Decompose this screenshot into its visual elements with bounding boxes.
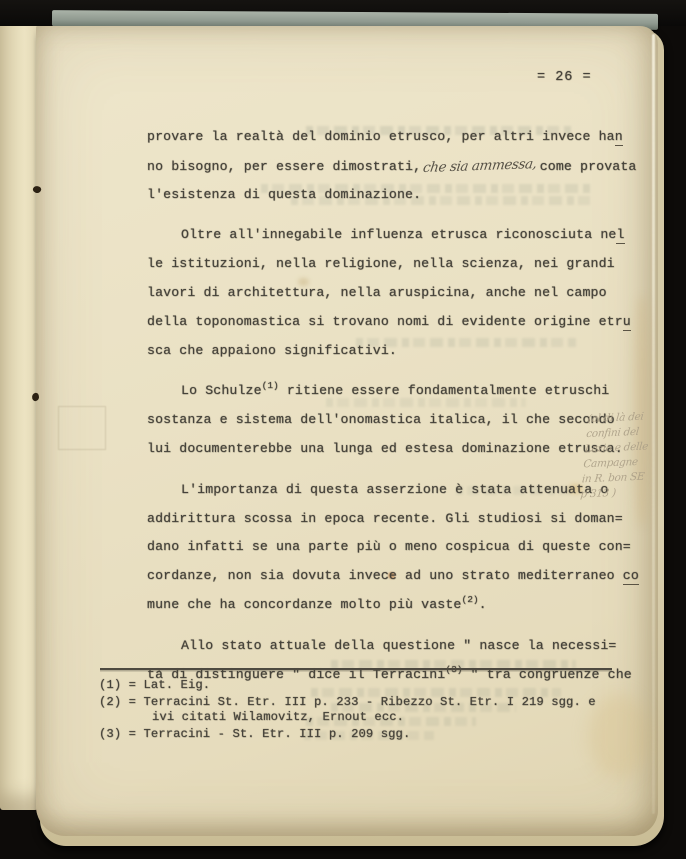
page-body: provare la realtà del dominio etrusco, p… <box>147 111 633 701</box>
text-line: sca che appaiono significativi. <box>147 337 633 366</box>
line-text: no bisogno, per essere dimostrati, <box>147 159 421 174</box>
footnotes: (1) = Lat. Eig. (2) = Terracini St. Etr.… <box>99 678 639 741</box>
handwritten-insertion: che sia ammessa, <box>421 150 539 183</box>
text-line: addirittura scossa in epoca recente. Gli… <box>147 505 633 534</box>
footnote-marker: (1) <box>262 380 279 391</box>
line-text: Oltre all'innegabile influenza etrusca r… <box>181 227 616 242</box>
line-text: mune che ha concordanze molto più vaste <box>147 597 462 612</box>
line-text: Lo Schulze <box>181 383 262 398</box>
text-line: Lo Schulze(1) ritiene essere fondamental… <box>147 377 633 406</box>
line-text: provare la realtà del dominio etrusco, p… <box>147 129 615 144</box>
footnote-separator <box>100 668 612 670</box>
impression-mark <box>58 406 106 450</box>
text-line: le istituzioni, nella religione, nella s… <box>147 250 633 279</box>
typescript-page: = 26 = provare la realtà del dominio etr… <box>36 26 658 836</box>
footnote-line: (1) = Lat. Eig. <box>99 678 639 693</box>
footnote-line: (2) = Terracini St. Etr. III p. 233 - Ri… <box>99 695 639 710</box>
text-line: Allo stato attuale della questione " nas… <box>147 632 633 661</box>
continuation-letter: co <box>623 568 639 585</box>
footnote-line: (3) = Terracini - St. Etr. III p. 209 sg… <box>99 727 639 742</box>
footnote-line: ivi citati Wilamovitz, Ernout ecc. <box>99 710 639 725</box>
text-line: lui documenterebbe una lunga ed estesa d… <box>147 435 633 464</box>
text-line: L'importanza di questa asserzione è stat… <box>147 476 633 505</box>
continuation-letter: u <box>623 314 631 331</box>
page-number: = 26 = <box>537 70 592 85</box>
line-text: come provata <box>540 159 637 174</box>
continuation-letter: n <box>615 129 623 146</box>
scanned-document: = 26 = provare la realtà del dominio etr… <box>0 0 686 859</box>
line-text: . <box>479 597 487 612</box>
text-line: Oltre all'innegabile influenza etrusca r… <box>147 221 633 250</box>
margin-note-line: p 313 ) <box>580 483 685 503</box>
line-text: cordanze, non sia dovuta invece ad uno s… <box>147 568 623 583</box>
text-line: provare la realtà del dominio etrusco, p… <box>147 123 633 152</box>
text-line: no bisogno, per essere dimostrati,che si… <box>147 152 633 181</box>
text-line: lavori di architettura, nella aruspicina… <box>147 279 633 308</box>
text-line: della toponomastica si trovano nomi di e… <box>147 308 633 337</box>
continuation-letter: l <box>616 227 624 244</box>
margin-note: (al di là dei confini del Lazio e delle … <box>580 407 686 502</box>
text-line: mune che ha concordanze molto più vaste(… <box>147 591 633 620</box>
line-text: ritiene essere fondamentalmente etruschi <box>279 383 610 398</box>
text-line: cordanze, non sia dovuta invece ad uno s… <box>147 562 633 591</box>
text-line: sostanza e sistema dell'onomastica itali… <box>147 406 633 435</box>
line-text: della toponomastica si trovano nomi di e… <box>147 314 623 329</box>
text-line: dano infatti se una parte più o meno cos… <box>147 533 633 562</box>
text-line: l'esistenza di questa dominazione. <box>147 181 633 210</box>
footnote-marker: (2) <box>462 594 479 605</box>
